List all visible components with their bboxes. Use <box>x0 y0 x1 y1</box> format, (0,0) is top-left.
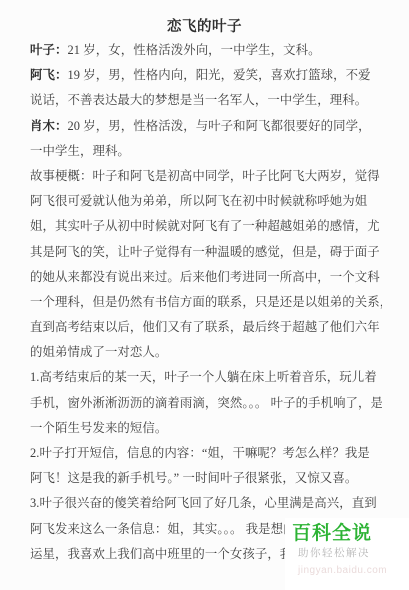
line-text: 一个陌生号发来的短信。 <box>30 421 167 435</box>
text-line: 手机，窗外淅淅沥沥的滴着雨滴，突然。。。 叶子的手机响了，是 <box>30 391 382 416</box>
story-body: 叶子：21 岁，女，性格活泼外向，一中学生，文科。阿飞：19 岁，男，性格内向，… <box>30 38 382 567</box>
line-text: 的她从来都没有说出来过。后来他们考进同一所高中，一个文科 <box>30 270 380 284</box>
text-line: 说话，不善表达最大的梦想是当一名军人，一中学生，理科。 <box>30 88 382 113</box>
watermark: 百科全说 助你轻松解决 jingyan.baidu.com <box>285 518 409 590</box>
line-text: 3.叶子很兴奋的傻笑着给阿飞回了好几条，心里满是高兴，直到 <box>30 496 377 510</box>
line-text: 姐，其实叶子从初中时候就对阿飞有了一种超越姐弟的感情，尤 <box>30 219 380 233</box>
line-text: 20 岁，男，性格活泼，与叶子和阿飞都很要好的同学， <box>67 119 370 133</box>
line-text: 2.叶子打开短信，信息的内容：“姐，干嘛呢？考怎么样？我是 <box>30 446 370 460</box>
text-line: 故事梗概：叶子和阿飞是初高中同学，叶子比阿飞大两岁，觉得 <box>30 164 382 189</box>
character-label: 阿飞： <box>30 68 67 82</box>
line-text: 的姐弟情成了一对恋人。 <box>30 345 167 359</box>
document-page: 恋飞的叶子 叶子：21 岁，女，性格活泼外向，一中学生，文科。阿飞：19 岁，男… <box>0 0 409 590</box>
text-line: 阿飞：19 岁，男，性格内向，阳光，爱笑，喜欢打篮球，不爱 <box>30 63 382 88</box>
paragraph: 1.高考结束后的某一天，叶子一个人躺在床上听着音乐，玩儿着手机，窗外淅淅沥沥的滴… <box>30 365 382 441</box>
line-text: 1.高考结束后的某一天，叶子一个人躺在床上听着音乐，玩儿着 <box>30 370 377 384</box>
line-text: 阿飞！这是我的新手机号。” 一时间叶子很紧张，又惊又喜。 <box>30 471 357 485</box>
text-line: 2.叶子打开短信，信息的内容：“姐，干嘛呢？考怎么样？我是 <box>30 441 382 466</box>
line-text: 手机，窗外淅淅沥沥的滴着雨滴，突然。。。 叶子的手机响了，是 <box>30 396 382 410</box>
line-text: 阿飞发来这么一条信息：姐，其实。。。 我是想问 <box>30 522 296 536</box>
watermark-tagline: 助你轻松解决 <box>298 547 409 559</box>
text-line: 一个理科，但是仍然有书信方面的联系，只是还是以姐弟的关系， <box>30 290 382 315</box>
text-line: 叶子：21 岁，女，性格活泼外向，一中学生，文科。 <box>30 38 382 63</box>
text-line: 1.高考结束后的某一天，叶子一个人躺在床上听着音乐，玩儿着 <box>30 365 382 390</box>
paragraph: 叶子：21 岁，女，性格活泼外向，一中学生，文科。 <box>30 38 382 63</box>
watermark-brand-text: 百科全说 <box>292 524 409 544</box>
line-text: 运星，我喜欢上我们高中班里的一个女孩子，我 <box>30 547 292 561</box>
line-text: 一中学生，理科。 <box>30 144 130 158</box>
paragraph: 肖木：20 岁，男，性格活泼，与叶子和阿飞都很要好的同学，一中学生，理科。 <box>30 114 382 164</box>
text-line: 一个陌生号发来的短信。 <box>30 416 382 441</box>
text-line: 一中学生，理科。 <box>30 139 382 164</box>
page-title: 恋飞的叶子 <box>0 0 409 37</box>
text-line: 阿飞！这是我的新手机号。” 一时间叶子很紧张，又惊又喜。 <box>30 466 382 491</box>
text-line: 其是阿飞的笑，让叶子觉得有一种温暖的感觉，但是，碍于面子 <box>30 240 382 265</box>
line-text: 其是阿飞的笑，让叶子觉得有一种温暖的感觉，但是，碍于面子 <box>30 245 380 259</box>
line-text: 直到高考结束以后，他们又有了联系，最后终于超越了他们六年 <box>30 320 380 334</box>
line-text: 故事梗概：叶子和阿飞是初高中同学，叶子比阿飞大两岁，觉得 <box>30 169 380 183</box>
text-line: 的她从来都没有说出来过。后来他们考进同一所高中，一个文科 <box>30 265 382 290</box>
line-text: 19 岁，男，性格内向，阳光，爱笑，喜欢打篮球，不爱 <box>67 68 370 82</box>
character-label: 肖木： <box>30 119 67 133</box>
text-line: 姐，其实叶子从初中时候就对阿飞有了一种超越姐弟的感情，尤 <box>30 214 382 239</box>
character-label: 叶子： <box>30 43 67 57</box>
watermark-site-url: jingyan.baidu.com <box>298 565 409 576</box>
text-line: 阿飞很可爱就认他为弟弟，所以阿飞在初中时候就称呼她为姐 <box>30 189 382 214</box>
line-text: 阿飞很可爱就认他为弟弟，所以阿飞在初中时候就称呼她为姐 <box>30 194 367 208</box>
text-line: 的姐弟情成了一对恋人。 <box>30 340 382 365</box>
paragraph: 2.叶子打开短信，信息的内容：“姐，干嘛呢？考怎么样？我是阿飞！这是我的新手机号… <box>30 441 382 491</box>
line-text: 一个理科，但是仍然有书信方面的联系，只是还是以姐弟的关系， <box>30 295 382 309</box>
line-text: 说话，不善表达最大的梦想是当一名军人，一中学生，理科。 <box>30 93 367 107</box>
paragraph: 阿飞：19 岁，男，性格内向，阳光，爱笑，喜欢打篮球，不爱说话，不善表达最大的梦… <box>30 63 382 113</box>
text-line: 肖木：20 岁，男，性格活泼，与叶子和阿飞都很要好的同学， <box>30 114 382 139</box>
paragraph: 故事梗概：叶子和阿飞是初高中同学，叶子比阿飞大两岁，觉得阿飞很可爱就认他为弟弟，… <box>30 164 382 366</box>
text-line: 直到高考结束以后，他们又有了联系，最后终于超越了他们六年 <box>30 315 382 340</box>
text-line: 3.叶子很兴奋的傻笑着给阿飞回了好几条，心里满是高兴，直到 <box>30 491 382 516</box>
line-text: 21 岁，女，性格活泼外向，一中学生，文科。 <box>67 43 320 57</box>
